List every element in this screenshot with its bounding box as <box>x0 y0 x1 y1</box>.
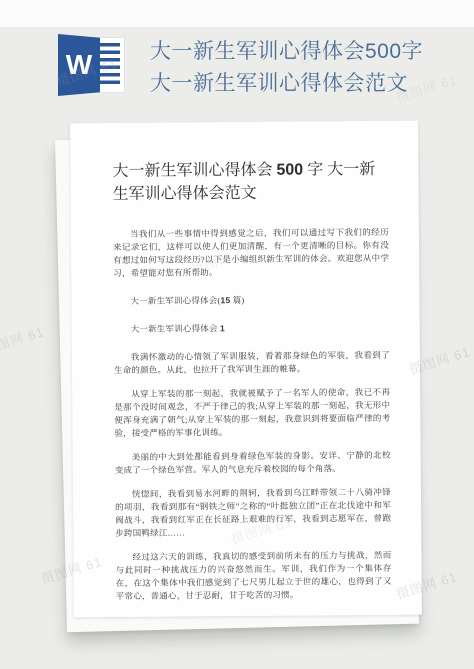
page-title-link[interactable]: 大一新生军训心得体会500字大一新生军训心得体会范文 <box>150 36 432 100</box>
body-paragraph: 恍惚间，我看到易水河畔的荆轲，我看到乌江畔带领二十八骑冲锋的项羽，我看到那有“钢… <box>115 486 391 540</box>
document-title: 大一新生军训心得体会 500 字 大一新生军训心得体会范文 <box>112 158 388 206</box>
document-content: 大一新生军训心得体会 500 字 大一新生军训心得体会范文 当我们从一些事情中得… <box>70 121 422 615</box>
word-file-icon: W <box>58 34 124 96</box>
watermark-text: 摄图网 61 <box>0 321 46 358</box>
body-paragraph: 我满怀激动的心情领了军训服装，看着那身绿色的军装，我看到了生命的颜色。从此，也拉… <box>114 349 390 377</box>
body-paragraph: 美丽的中大到处都能看到身着绿色军装的身影。安详、宁静的北校变成了一个绿色军营。军… <box>115 449 391 477</box>
word-doc-lines-icon <box>97 43 120 87</box>
heading-essay-1: 大一新生军训心得体会 1 <box>114 321 390 336</box>
body-paragraph: 从穿上军装的那一刻起，我就被赋予了一名军人的使命，我已不再是那个没时间观念，不严… <box>114 386 390 440</box>
document-title-number: 500 <box>276 162 303 179</box>
heading-collection-text: 大一新生军训心得体会( <box>130 295 220 306</box>
heading-collection-suffix: 篇) <box>230 295 244 305</box>
document-title-part1: 大一新生军训心得体会 <box>112 162 276 180</box>
body-paragraph: 经过这六天的训练，我真切的感受到前所未有的压力与挑战，然而与此同时一种挑战压力的… <box>115 549 391 603</box>
top-white-strip <box>0 0 474 27</box>
heading-collection-count: 15 <box>220 295 230 305</box>
heading-essay-collection: 大一新生军训心得体会(15 篇) <box>113 293 389 308</box>
document-preview-page[interactable]: 大一新生军训心得体会 500 字 大一新生军训心得体会范文 当我们从一些事情中得… <box>70 121 422 618</box>
word-w-icon: W <box>58 34 100 96</box>
heading-essay-1-text: 大一新生军训心得体会 <box>131 323 220 334</box>
header: W 大一新生军训心得体会500字大一新生军训心得体会范文 <box>0 27 474 122</box>
heading-essay-1-number: 1 <box>220 323 225 333</box>
intro-paragraph: 当我们从一些事情中得到感觉之后，我们可以通过写下我们的经历来记录它们，这样可以使… <box>113 226 389 280</box>
